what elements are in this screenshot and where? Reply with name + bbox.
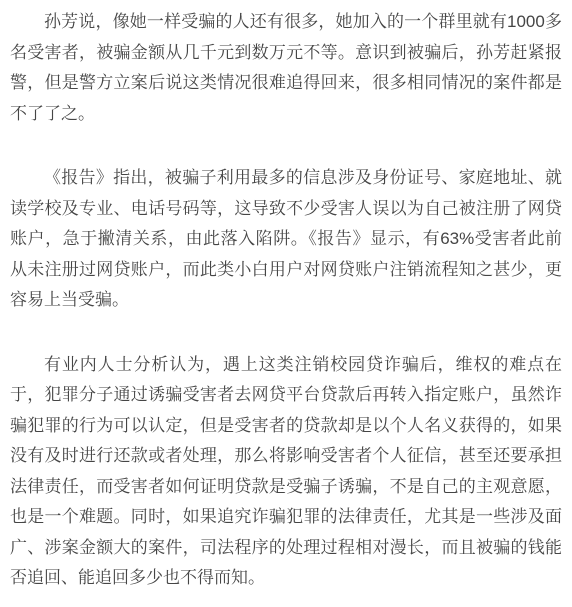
article-body: 孙芳说，像她一样受骗的人还有很多，她加入的一个群里就有1000多名受害者，被骗金… — [0, 0, 572, 607]
article-paragraph-1: 孙芳说，像她一样受骗的人还有很多，她加入的一个群里就有1000多名受害者，被骗金… — [10, 7, 562, 129]
article-paragraph-3: 有业内人士分析认为，遇上这类注销校园贷诈骗后，维权的难点在于，犯罪分子通过诱骗受… — [10, 350, 562, 594]
article-paragraph-2: 《报告》指出，被骗子利用最多的信息涉及身份证号、家庭地址、就读学校及专业、电话号… — [10, 163, 562, 316]
article-page: 孙芳说，像她一样受骗的人还有很多，她加入的一个群里就有1000多名受害者，被骗金… — [0, 0, 572, 607]
